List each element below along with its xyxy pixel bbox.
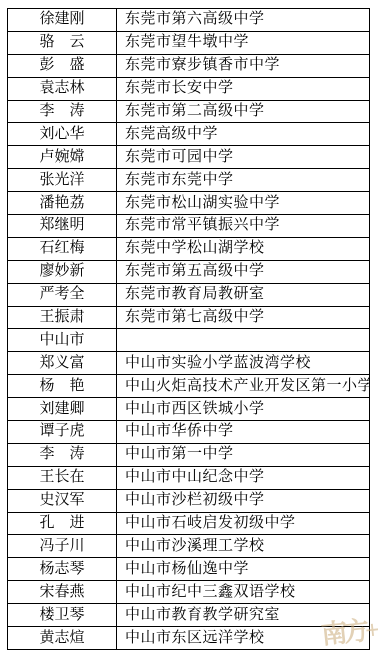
name-cell: 徐建刚 (8, 9, 117, 32)
table-row: 黄志煊 中山市东区远洋学校 (8, 627, 370, 650)
table-row: 中山市 (8, 329, 370, 352)
school-cell: 中山市杨仙逸中学 (117, 558, 370, 581)
name-cell: 宋春燕 (8, 581, 117, 604)
table-row: 石红梅 东莞中学松山湖学校 (8, 237, 370, 260)
table-row: 杨 艳 中山火炬高技术产业开发区第一小学 (8, 375, 370, 398)
table-row: 廖妙新 东莞市第五高级中学 (8, 260, 370, 283)
name-cell: 楼卫琴 (8, 604, 117, 627)
table-row: 袁志林 东莞市长安中学 (8, 77, 370, 100)
school-cell: 中山市实验小学蓝波湾学校 (117, 352, 370, 375)
table-row: 徐建刚 东莞市第六高级中学 (8, 9, 370, 32)
name-cell: 石红梅 (8, 237, 117, 260)
table-row: 宋春燕 中山市纪中三鑫双语学校 (8, 581, 370, 604)
table-row: 刘建卿 中山市西区铁城小学 (8, 398, 370, 421)
name-cell: 王长在 (8, 466, 117, 489)
name-cell: 孔 进 (8, 512, 117, 535)
name-cell: 袁志林 (8, 77, 117, 100)
table-row: 谭子虎 中山市华侨中学 (8, 421, 370, 444)
name-cell: 郑义富 (8, 352, 117, 375)
name-cell: 郑继明 (8, 215, 117, 238)
table-row: 郑义富 中山市实验小学蓝波湾学校 (8, 352, 370, 375)
name-cell: 冯子川 (8, 535, 117, 558)
table-row: 骆 云 东莞市望牛墩中学 (8, 31, 370, 54)
school-cell: 东莞市第六高级中学 (117, 9, 370, 32)
name-cell: 张光洋 (8, 169, 117, 192)
school-cell: 东莞市第二高级中学 (117, 100, 370, 123)
school-cell: 东莞中学松山湖学校 (117, 237, 370, 260)
table-row: 卢婉嫦 东莞市可园中学 (8, 146, 370, 169)
name-cell: 史汉军 (8, 489, 117, 512)
name-cell: 李 涛 (8, 443, 117, 466)
school-cell: 中山市教育教学研究室 (117, 604, 370, 627)
name-cell: 李 涛 (8, 100, 117, 123)
school-cell: 中山市沙溪理工学校 (117, 535, 370, 558)
school-cell: 东莞市长安中学 (117, 77, 370, 100)
school-cell: 中山火炬高技术产业开发区第一小学 (117, 375, 370, 398)
school-cell: 东莞市第五高级中学 (117, 260, 370, 283)
table-row: 楼卫琴 中山市教育教学研究室 (8, 604, 370, 627)
school-cell: 中山市石岐启发初级中学 (117, 512, 370, 535)
table-row: 潘艳荔 东莞市松山湖实验中学 (8, 192, 370, 215)
table-row: 彭 盛 东莞市寮步镇香市中学 (8, 54, 370, 77)
table-row: 张光洋 东莞市东莞中学 (8, 169, 370, 192)
school-cell (117, 329, 370, 352)
school-cell: 中山市中山纪念中学 (117, 466, 370, 489)
name-cell: 黄志煊 (8, 627, 117, 650)
school-cell: 东莞市望牛墩中学 (117, 31, 370, 54)
name-cell: 卢婉嫦 (8, 146, 117, 169)
roster-table: 徐建刚 东莞市第六高级中学 骆 云 东莞市望牛墩中学 彭 盛 东莞市寮步镇香市中… (7, 8, 370, 650)
name-cell: 中山市 (8, 329, 117, 352)
table-row: 史汉军 中山市沙栏初级中学 (8, 489, 370, 512)
school-cell: 东莞市松山湖实验中学 (117, 192, 370, 215)
table-row: 李 涛 东莞市第二高级中学 (8, 100, 370, 123)
name-cell: 刘建卿 (8, 398, 117, 421)
school-cell: 东莞市东莞中学 (117, 169, 370, 192)
table-row: 冯子川 中山市沙溪理工学校 (8, 535, 370, 558)
school-cell: 东莞市第七高级中学 (117, 306, 370, 329)
name-cell: 骆 云 (8, 31, 117, 54)
roster-table-body: 徐建刚 东莞市第六高级中学 骆 云 东莞市望牛墩中学 彭 盛 东莞市寮步镇香市中… (8, 9, 370, 650)
table-row: 郑继明 东莞市常平镇振兴中学 (8, 215, 370, 238)
name-cell: 谭子虎 (8, 421, 117, 444)
name-cell: 王振肃 (8, 306, 117, 329)
table-row: 刘心华 东莞高级中学 (8, 123, 370, 146)
school-cell: 中山市第一中学 (117, 443, 370, 466)
name-cell: 严考全 (8, 283, 117, 306)
name-cell: 刘心华 (8, 123, 117, 146)
school-cell: 东莞市教育局教研室 (117, 283, 370, 306)
table-row: 杨志琴 中山市杨仙逸中学 (8, 558, 370, 581)
school-cell: 中山市沙栏初级中学 (117, 489, 370, 512)
table-row: 王长在 中山市中山纪念中学 (8, 466, 370, 489)
school-cell: 中山市西区铁城小学 (117, 398, 370, 421)
school-cell: 中山市华侨中学 (117, 421, 370, 444)
school-cell: 东莞市常平镇振兴中学 (117, 215, 370, 238)
table-row: 严考全 东莞市教育局教研室 (8, 283, 370, 306)
school-cell: 中山市纪中三鑫双语学校 (117, 581, 370, 604)
name-cell: 潘艳荔 (8, 192, 117, 215)
table-row: 孔 进 中山市石岐启发初级中学 (8, 512, 370, 535)
name-cell: 杨 艳 (8, 375, 117, 398)
school-cell: 东莞市可园中学 (117, 146, 370, 169)
school-cell: 东莞市寮步镇香市中学 (117, 54, 370, 77)
name-cell: 彭 盛 (8, 54, 117, 77)
school-cell: 东莞高级中学 (117, 123, 370, 146)
name-cell: 廖妙新 (8, 260, 117, 283)
name-cell: 杨志琴 (8, 558, 117, 581)
table-row: 王振肃 东莞市第七高级中学 (8, 306, 370, 329)
school-cell: 中山市东区远洋学校 (117, 627, 370, 650)
table-row: 李 涛 中山市第一中学 (8, 443, 370, 466)
